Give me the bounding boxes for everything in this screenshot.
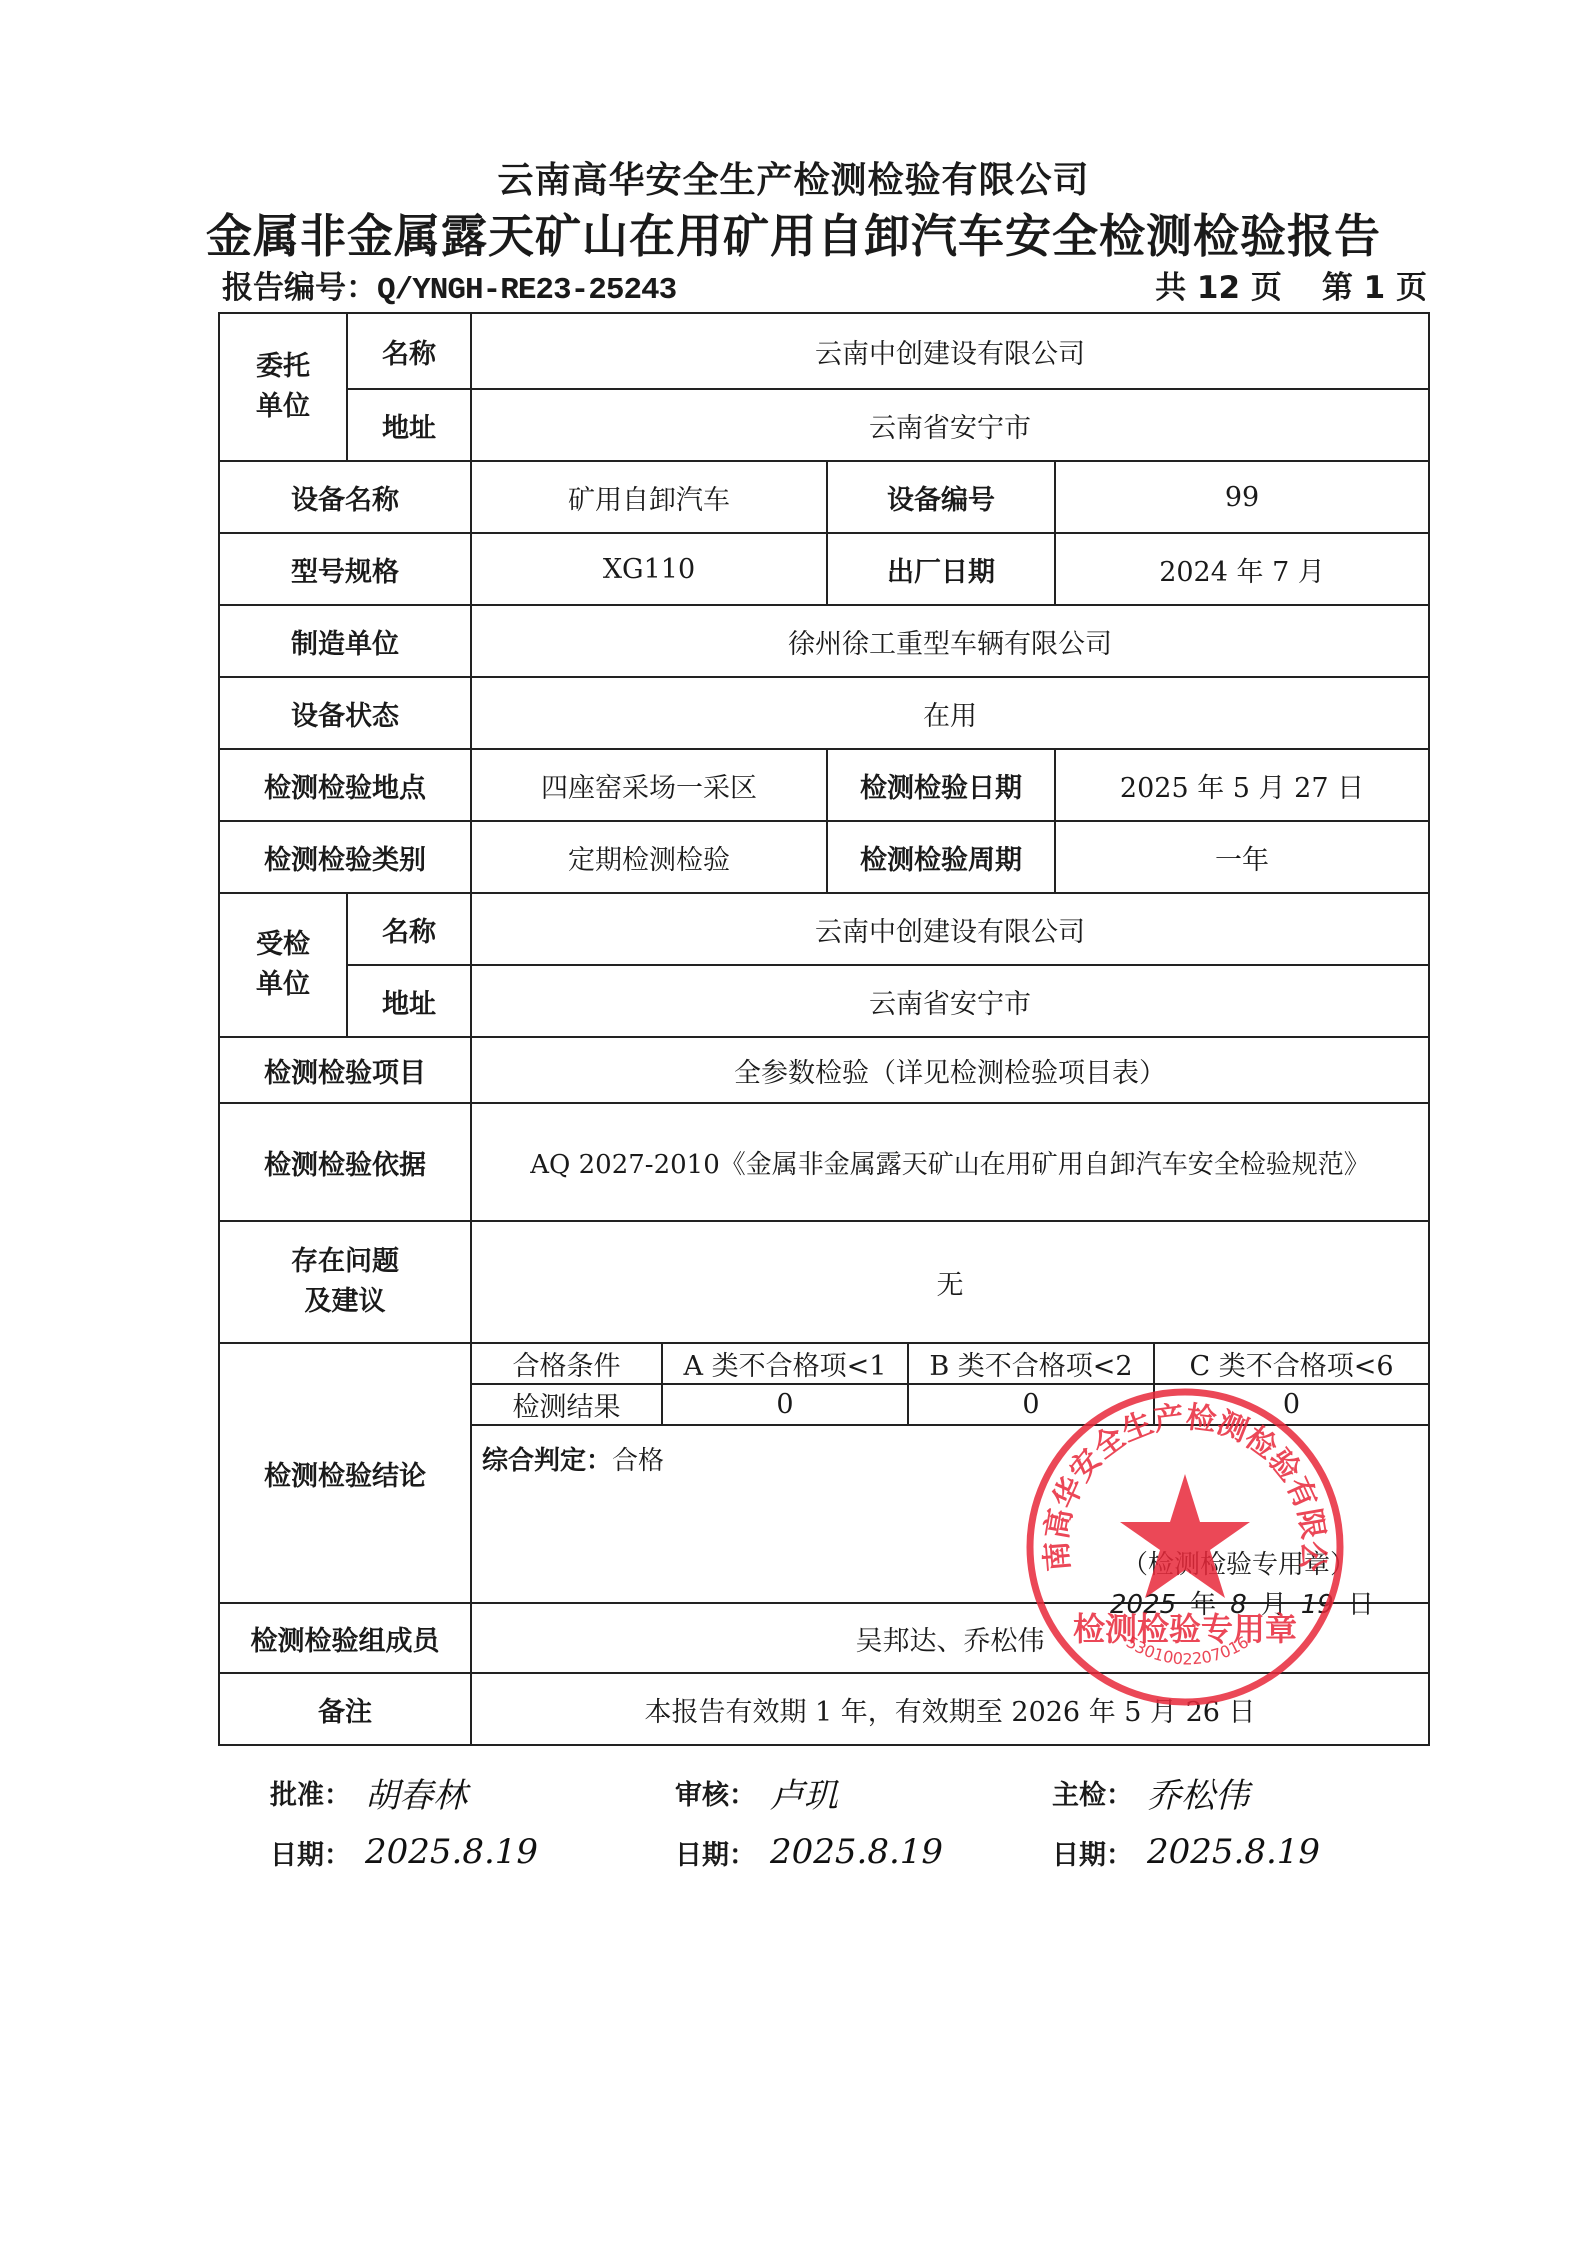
status-value: 在用 bbox=[471, 677, 1429, 749]
total-pages: 共 12 页 bbox=[1155, 270, 1282, 306]
inspected-group-label: 受检单位 bbox=[219, 893, 347, 1037]
approve-date: 2025.8.19 bbox=[365, 1832, 538, 1872]
model-label: 型号规格 bbox=[219, 533, 471, 605]
issues-value: 无 bbox=[471, 1221, 1429, 1343]
reviewer: 审核：卢玑 日期：2025.8.19 bbox=[675, 1762, 943, 1882]
approve-signature: 胡春林 bbox=[365, 1768, 467, 1817]
team-label: 检测检验组成员 bbox=[219, 1603, 471, 1673]
equipment-number-label: 设备编号 bbox=[827, 461, 1055, 533]
mfg-date-label: 出厂日期 bbox=[827, 533, 1055, 605]
status-label: 设备状态 bbox=[219, 677, 471, 749]
client-address-label: 地址 bbox=[347, 389, 471, 461]
location-label: 检测检验地点 bbox=[219, 749, 471, 821]
inspection-date: 2025 年 5 月 27 日 bbox=[1055, 749, 1429, 821]
conclusion-cell: 合格条件 A 类不合格项<1 B 类不合格项<2 C 类不合格项<6 检测结果 … bbox=[471, 1343, 1429, 1603]
inspected-address: 云南省安宁市 bbox=[471, 965, 1429, 1037]
criteria-c: C 类不合格项<6 bbox=[1154, 1344, 1428, 1384]
signature-block: 批准：胡春林 日期：2025.8.19 审核：卢玑 日期：2025.8.19 主… bbox=[270, 1762, 1370, 1902]
criteria-a: A 类不合格项<1 bbox=[662, 1344, 908, 1384]
criteria-table: 合格条件 A 类不合格项<1 B 类不合格项<2 C 类不合格项<6 检测结果 … bbox=[472, 1344, 1428, 1426]
approver: 批准：胡春林 日期：2025.8.19 bbox=[270, 1762, 538, 1882]
seal-caption: （检测检验专用章） bbox=[1122, 1544, 1356, 1581]
equipment-name: 矿用自卸汽车 bbox=[471, 461, 827, 533]
report-number-label: 报告编号： bbox=[222, 270, 377, 306]
cycle-label: 检测检验周期 bbox=[827, 821, 1055, 893]
manufacturer: 徐州徐工重型车辆有限公司 bbox=[471, 605, 1429, 677]
verdict-label: 综合判定： bbox=[482, 1446, 612, 1476]
cycle-value: 一年 bbox=[1055, 821, 1429, 893]
seal-year: 2025 bbox=[1110, 1590, 1176, 1620]
result-label: 检测结果 bbox=[472, 1384, 662, 1425]
approve-date-label: 日期： bbox=[270, 1833, 351, 1872]
items-label: 检测检验项目 bbox=[219, 1037, 471, 1103]
seal-year-unit: 年 bbox=[1190, 1590, 1216, 1620]
issues-label-line2: 及建议 bbox=[220, 1282, 470, 1322]
inspection-date-label: 检测检验日期 bbox=[827, 749, 1055, 821]
criteria-b: B 类不合格项<2 bbox=[908, 1344, 1154, 1384]
mfg-date: 2024 年 7 月 bbox=[1055, 533, 1429, 605]
category-value: 定期检测检验 bbox=[471, 821, 827, 893]
client-group-label: 委托单位 bbox=[219, 313, 347, 461]
basis-label: 检测检验依据 bbox=[219, 1103, 471, 1221]
chief-inspector: 主检：乔松伟 日期：2025.8.19 bbox=[1052, 1762, 1320, 1882]
result-a: 0 bbox=[662, 1384, 908, 1425]
result-b: 0 bbox=[908, 1384, 1154, 1425]
verdict: 综合判定：合格 bbox=[482, 1440, 664, 1477]
equipment-number: 99 bbox=[1055, 461, 1429, 533]
page-indicator: 共 12 页第 1 页 bbox=[1149, 262, 1427, 307]
model-value: XG110 bbox=[471, 533, 827, 605]
current-page: 第 1 页 bbox=[1322, 270, 1427, 306]
result-c: 0 bbox=[1154, 1384, 1428, 1425]
criteria-label: 合格条件 bbox=[472, 1344, 662, 1384]
chief-signature: 乔松伟 bbox=[1147, 1768, 1249, 1817]
issues-label-line1: 存在问题 bbox=[220, 1242, 470, 1282]
review-date: 2025.8.19 bbox=[770, 1832, 943, 1872]
inspected-name-label: 名称 bbox=[347, 893, 471, 965]
location-value: 四座窑采场一采区 bbox=[471, 749, 827, 821]
company-name: 云南高华安全生产检测检验有限公司 bbox=[0, 152, 1587, 203]
seal-day: 19 bbox=[1301, 1590, 1334, 1620]
seal-day-unit: 日 bbox=[1348, 1590, 1374, 1620]
inspected-address-label: 地址 bbox=[347, 965, 471, 1037]
report-table: 委托单位 名称 云南中创建设有限公司 地址 云南省安宁市 设备名称 矿用自卸汽车… bbox=[218, 312, 1430, 1746]
client-name-label: 名称 bbox=[347, 313, 471, 389]
chief-date-label: 日期： bbox=[1052, 1833, 1133, 1872]
client-name: 云南中创建设有限公司 bbox=[471, 313, 1429, 389]
review-signature: 卢玑 bbox=[770, 1768, 838, 1817]
issues-label: 存在问题及建议 bbox=[219, 1221, 471, 1343]
approve-label: 批准： bbox=[270, 1773, 351, 1812]
verdict-value: 合格 bbox=[612, 1446, 664, 1476]
conclusion-label: 检测检验结论 bbox=[219, 1343, 471, 1603]
seal-date: 2025年8月19日 bbox=[1096, 1584, 1374, 1621]
client-address: 云南省安宁市 bbox=[471, 389, 1429, 461]
report-number-value: Q/YNGH-RE23-25243 bbox=[377, 273, 676, 308]
seal-month: 8 bbox=[1230, 1590, 1247, 1620]
remark-label: 备注 bbox=[219, 1673, 471, 1745]
report-number: 报告编号：Q/YNGH-RE23-25243 bbox=[222, 262, 676, 308]
equipment-name-label: 设备名称 bbox=[219, 461, 471, 533]
basis-value: AQ 2027-2010《金属非金属露天矿山在用矿用自卸汽车安全检验规范》 bbox=[471, 1103, 1429, 1221]
seal-month-unit: 月 bbox=[1261, 1590, 1287, 1620]
manufacturer-label: 制造单位 bbox=[219, 605, 471, 677]
chief-date: 2025.8.19 bbox=[1147, 1832, 1320, 1872]
remark-value: 本报告有效期 1 年，有效期至 2026 年 5 月 26 日 bbox=[471, 1673, 1429, 1745]
report-title: 金属非金属露天矿山在用矿用自卸汽车安全检测检验报告 bbox=[0, 200, 1587, 266]
items-value: 全参数检验（详见检测检验项目表） bbox=[471, 1037, 1429, 1103]
category-label: 检测检验类别 bbox=[219, 821, 471, 893]
chief-label: 主检： bbox=[1052, 1773, 1133, 1812]
review-date-label: 日期： bbox=[675, 1833, 756, 1872]
inspected-name: 云南中创建设有限公司 bbox=[471, 893, 1429, 965]
review-label: 审核： bbox=[675, 1773, 756, 1812]
